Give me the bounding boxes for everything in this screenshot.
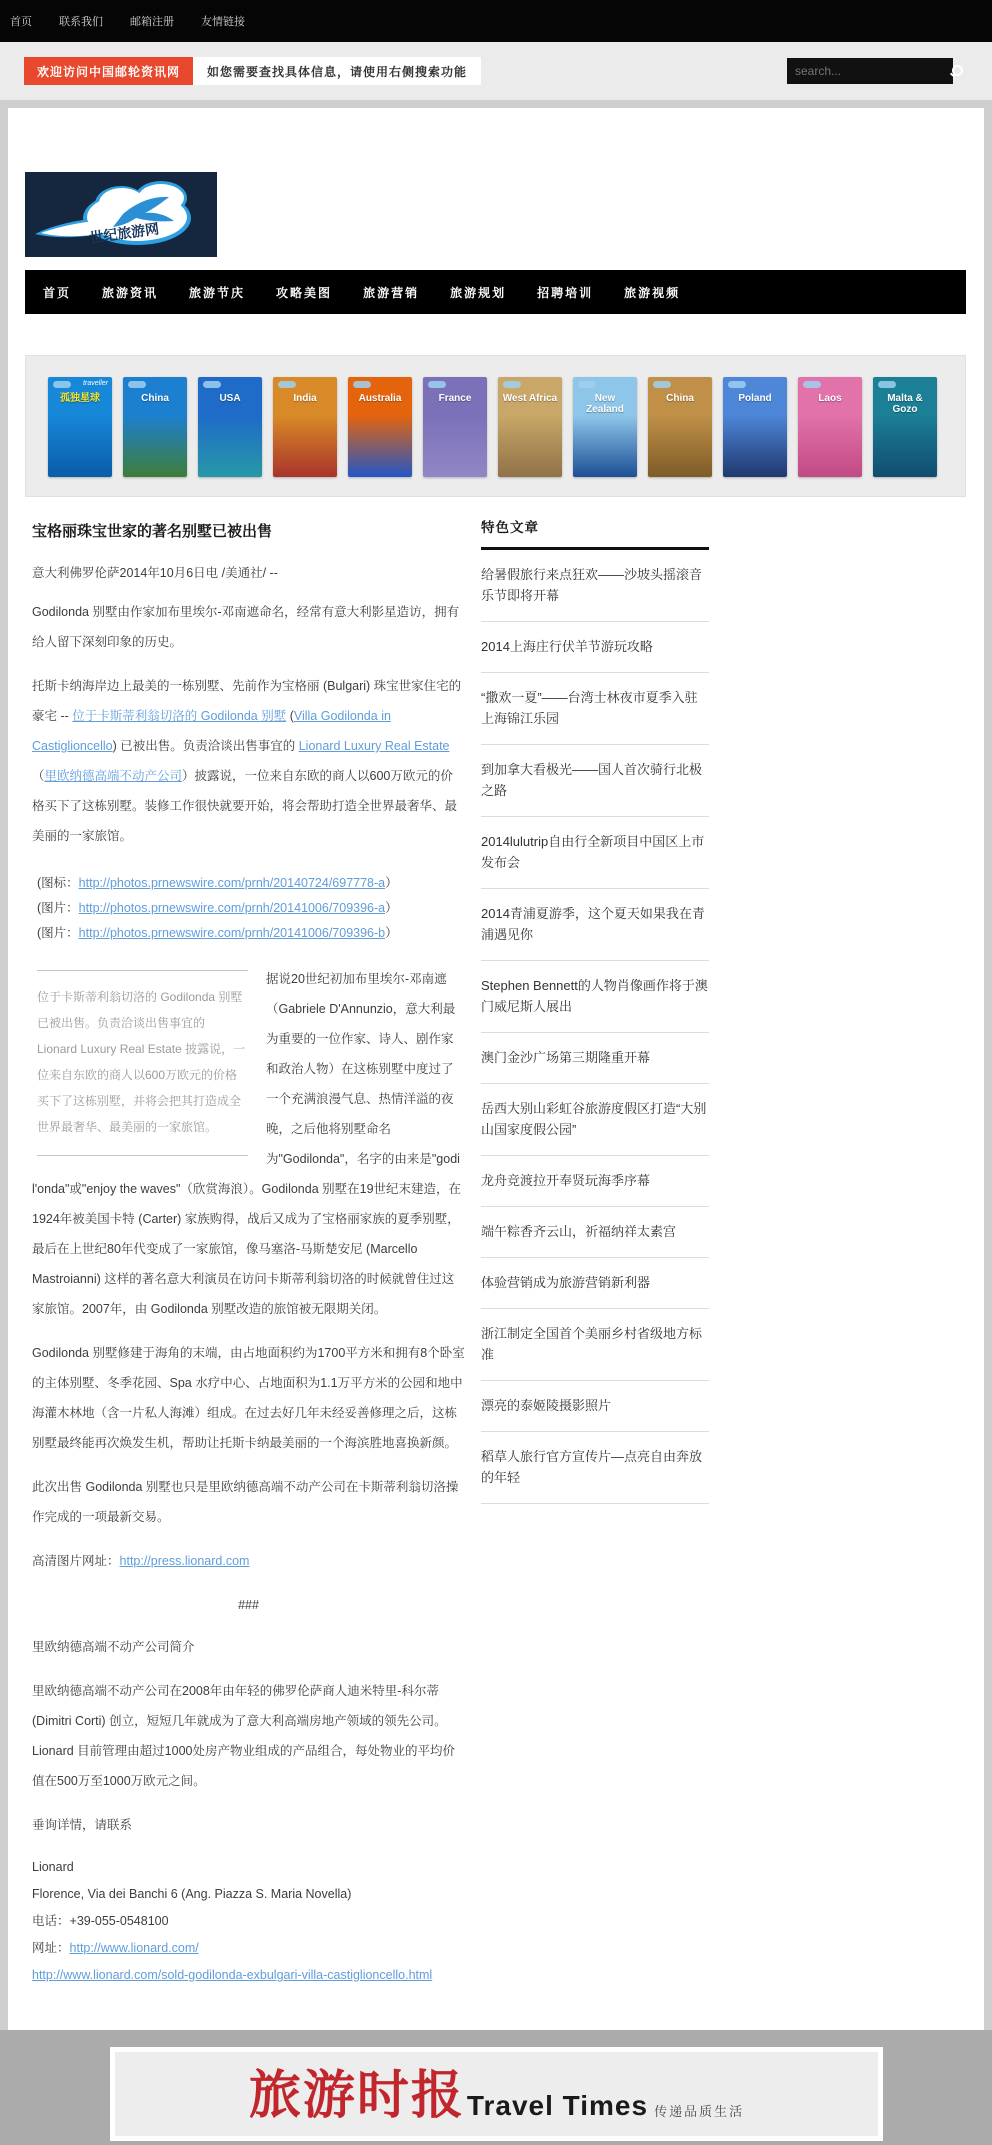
book-cover-lonely-planet-traveller[interactable]: traveller 孤独星球: [48, 377, 112, 477]
article-paragraph: Godilonda 别墅由作家加布里埃尔-邓南遮命名，经常有意大利影星造访，拥有…: [32, 597, 465, 657]
featured-article-item[interactable]: 给暑假旅行来点狂欢——沙坡头摇滚音乐节即将开幕: [481, 550, 709, 622]
featured-articles-list: 给暑假旅行来点狂欢——沙坡头摇滚音乐节即将开幕 2014上海庄行伏羊节游玩攻略 …: [481, 550, 709, 1504]
topbar-link-mail-register[interactable]: 邮箱注册: [130, 13, 174, 29]
topbar-link-friend-links[interactable]: 友情链接: [201, 13, 245, 29]
cover-title: Poland: [723, 393, 787, 404]
cover-title: West Africa: [498, 393, 562, 404]
lionard-link-cn[interactable]: 里欧纳德高端不动产公司: [45, 769, 183, 783]
nav-item-festivals[interactable]: 旅游节庆: [189, 284, 245, 301]
cover-brand-label: traveller: [83, 380, 108, 387]
travel-times-banner-inner: 旅游时报 Travel Times 传递品质生活: [115, 2052, 878, 2136]
book-carousel: traveller 孤独星球 China USA India Australia: [25, 355, 966, 497]
travel-times-logo-cn: 旅游时报: [249, 2070, 465, 2122]
contact-web-line: 网址：http://www.lionard.com/: [32, 1935, 465, 1962]
article: 宝格丽珠宝世家的著名别墅已被出售 意大利佛罗伦萨2014年10月6日电 /美通社…: [32, 520, 465, 2062]
lionard-link-en[interactable]: Lionard Luxury Real Estate: [299, 739, 450, 753]
cover-title: 孤独星球: [48, 393, 112, 404]
cover-title: China: [648, 393, 712, 404]
nav-item-videos[interactable]: 旅游视频: [624, 284, 680, 301]
site-logo-image: 世纪旅游网: [25, 172, 217, 257]
contact-intro: 垂询详情，请联系: [32, 1810, 465, 1840]
book-cover-australia[interactable]: Australia: [348, 377, 412, 477]
article-paragraph: 此次出售 Godilonda 别墅也只是里欧纳德高端不动产公司在卡斯蒂利翁切洛操…: [32, 1472, 465, 1532]
book-cover-usa[interactable]: USA: [198, 377, 262, 477]
featured-article-item[interactable]: 澳门金沙广场第三期隆重开幕: [481, 1033, 709, 1084]
main-nav: 首页 旅游资讯 旅游节庆 攻略美图 旅游营销 旅游规划 招聘培训 旅游视频: [25, 270, 966, 314]
photo-link-suffix: ）: [385, 901, 398, 915]
photo-link-url[interactable]: http://photos.prnewswire.com/prnh/201410…: [79, 901, 385, 915]
photo-links-block: (图标：http://photos.prnewswire.com/prnh/20…: [32, 871, 465, 946]
press-lionard-link[interactable]: http://press.lionard.com: [120, 1554, 250, 1568]
photo-link-suffix: ）: [385, 876, 398, 890]
cover-title: USA: [198, 393, 262, 404]
book-cover-west-africa[interactable]: West Africa: [498, 377, 562, 477]
book-cover-new-zealand[interactable]: New Zealand: [573, 377, 637, 477]
welcome-badge: 欢迎访问中国邮轮资讯网: [24, 57, 193, 85]
phone-label: 电话：: [32, 1914, 70, 1928]
cover-title: Laos: [798, 393, 862, 404]
phone-number: +39-055-0548100: [70, 1914, 169, 1928]
about-section-body: 里欧纳德高端不动产公司在2008年由年轻的佛罗伦萨商人迪米特里-科尔蒂 (Dim…: [32, 1676, 465, 1796]
press-release-separator: ###: [32, 1598, 465, 1612]
featured-article-item[interactable]: 体验营销成为旅游营销新利器: [481, 1258, 709, 1309]
photo-link-prefix: (图标：: [37, 876, 79, 890]
welcome-bar: 欢迎访问中国邮轮资讯网 如您需要查找具体信息，请使用右侧搜索功能: [0, 42, 992, 100]
photo-link-prefix: (图片：: [37, 926, 79, 940]
lonely-planet-logo-icon: [503, 381, 521, 388]
travel-times-logo-en: Travel Times: [467, 2090, 648, 2122]
hd-photos-line: 高清图片网址：http://press.lionard.com: [32, 1546, 465, 1576]
book-cover-laos[interactable]: Laos: [798, 377, 862, 477]
article-title: 宝格丽珠宝世家的著名别墅已被出售: [32, 520, 465, 541]
featured-articles-sidebar: 特色文章 给暑假旅行来点狂欢——沙坡头摇滚音乐节即将开幕 2014上海庄行伏羊节…: [481, 516, 709, 1504]
search-input[interactable]: [795, 64, 950, 78]
villa-godilonda-link-cn[interactable]: 位于卡斯蒂利翁切洛的 Godilonda 别墅: [72, 709, 286, 723]
contact-phone-line: 电话：+39-055-0548100: [32, 1908, 465, 1935]
nav-item-recruiting[interactable]: 招聘培训: [537, 284, 593, 301]
nav-item-marketing[interactable]: 旅游营销: [363, 284, 419, 301]
nav-item-home[interactable]: 首页: [43, 284, 71, 301]
lionard-website-link[interactable]: http://www.lionard.com/: [70, 1941, 199, 1955]
web-label: 网址：: [32, 1941, 70, 1955]
lonely-planet-logo-icon: [428, 381, 446, 388]
lonely-planet-logo-icon: [53, 381, 71, 388]
featured-article-item[interactable]: Stephen Bennett的人物肖像画作将于澳门威尼斯人展出: [481, 961, 709, 1033]
cover-title: France: [423, 393, 487, 404]
cover-title: China: [123, 393, 187, 404]
cover-title: New Zealand: [573, 393, 637, 415]
cover-title: Malta & Gozo: [873, 393, 937, 415]
featured-article-item[interactable]: 岳西大别山彩虹谷旅游度假区打造“大别山国家度假公园”: [481, 1084, 709, 1156]
lonely-planet-logo-icon: [728, 381, 746, 388]
nav-item-travel-news[interactable]: 旅游资讯: [102, 284, 158, 301]
nav-item-guides[interactable]: 攻略美图: [276, 284, 332, 301]
paragraph-text: （: [32, 769, 45, 783]
lonely-planet-logo-icon: [878, 381, 896, 388]
featured-article-item[interactable]: “撒欢一夏”——台湾士林夜市夏季入驻上海锦江乐园: [481, 673, 709, 745]
lonely-planet-logo-icon: [128, 381, 146, 388]
photo-link-suffix: ）: [385, 926, 398, 940]
footer: 旅游时报 Travel Times 传递品质生活: [0, 2030, 992, 2145]
featured-article-item[interactable]: 2014lulutrip自由行全新项目中国区上市发布会: [481, 817, 709, 889]
featured-article-item[interactable]: 浙江制定全国首个美丽乡村省级地方标准: [481, 1309, 709, 1381]
sidebar-title: 特色文章: [481, 516, 709, 550]
lonely-planet-logo-icon: [353, 381, 371, 388]
paragraph-text: (: [286, 709, 294, 723]
topbar-link-contact[interactable]: 联系我们: [59, 13, 103, 29]
photo-link-line: (图片：http://photos.prnewswire.com/prnh/20…: [37, 896, 465, 921]
contact-name: Lionard: [32, 1854, 465, 1881]
paragraph-text: ) 已被出售。负责洽谈出售事宜的: [113, 739, 299, 753]
book-cover-malta-gozo[interactable]: Malta & Gozo: [873, 377, 937, 477]
book-cover-china-2[interactable]: China: [648, 377, 712, 477]
book-cover-poland[interactable]: Poland: [723, 377, 787, 477]
top-utility-bar: 首页 联系我们 邮箱注册 友情链接: [0, 0, 992, 42]
book-cover-china[interactable]: China: [123, 377, 187, 477]
lonely-planet-logo-icon: [203, 381, 221, 388]
content-card: 世纪旅游网 首页 旅游资讯 旅游节庆 攻略美图 旅游营销 旅游规划 招聘培训 旅…: [8, 108, 984, 2030]
travel-times-banner[interactable]: 旅游时报 Travel Times 传递品质生活: [110, 2047, 883, 2141]
lonely-planet-logo-icon: [578, 381, 596, 388]
hd-photos-label: 高清图片网址：: [32, 1554, 120, 1568]
featured-article-item[interactable]: 端午粽香齐云山，祈福纳祥太素宫: [481, 1207, 709, 1258]
pullquote: 位于卡斯蒂利翁切洛的 Godilonda 别墅已被出售。负责洽谈出售事宜的 Li…: [37, 970, 248, 1156]
cover-title: India: [273, 393, 337, 404]
featured-article-item[interactable]: 2014青浦夏游季，这个夏天如果我在青浦遇见你: [481, 889, 709, 961]
photo-link-line: (图标：http://photos.prnewswire.com/prnh/20…: [37, 871, 465, 896]
nav-item-planning[interactable]: 旅游规划: [450, 284, 506, 301]
featured-article-item[interactable]: 到加拿大看极光——国人首次骑行北极之路: [481, 745, 709, 817]
featured-article-item[interactable]: 龙舟竞渡拉开奉贤玩海季序幕: [481, 1156, 709, 1207]
photo-link-prefix: (图片：: [37, 901, 79, 915]
book-covers-row: traveller 孤独星球 China USA India Australia: [48, 377, 937, 477]
about-section-title: 里欧纳德高端不动产公司简介: [32, 1632, 465, 1662]
book-cover-france[interactable]: France: [423, 377, 487, 477]
contact-address: Florence, Via dei Banchi 6 (Ang. Piazza …: [32, 1881, 465, 1908]
cover-title: Australia: [348, 393, 412, 404]
travel-times-tagline: 传递品质生活: [654, 2101, 744, 2120]
article-paragraph: 托斯卡纳海岸边上最美的一栋别墅、先前作为宝格丽 (Bulgari) 珠宝世家住宅…: [32, 671, 465, 851]
photo-link-line: (图片：http://photos.prnewswire.com/prnh/20…: [37, 921, 465, 946]
search-hint-text: 如您需要查找具体信息，请使用右侧搜索功能: [193, 57, 481, 85]
book-cover-india[interactable]: India: [273, 377, 337, 477]
photo-link-url[interactable]: http://photos.prnewswire.com/prnh/201410…: [79, 926, 385, 940]
contact-final-link-line: http://www.lionard.com/sold-godilonda-ex…: [32, 1962, 465, 1989]
article-paragraph: Godilonda 别墅修建于海角的末端，由占地面积约为1700平方米和拥有8个…: [32, 1338, 465, 1458]
featured-article-item[interactable]: 2014上海庄行伏羊节游玩攻略: [481, 622, 709, 673]
lonely-planet-logo-icon: [803, 381, 821, 388]
featured-article-item[interactable]: 漂亮的泰姬陵摄影照片: [481, 1381, 709, 1432]
article-dateline: 意大利佛罗伦萨2014年10月6日电 /美通社/ --: [32, 563, 465, 581]
photo-link-url[interactable]: http://photos.prnewswire.com/prnh/201407…: [79, 876, 385, 890]
featured-article-item[interactable]: 稻草人旅行官方宣传片—点亮自由奔放的年轻: [481, 1432, 709, 1504]
search-box: [787, 58, 953, 84]
lonely-planet-logo-icon: [653, 381, 671, 388]
lonely-planet-logo-icon: [278, 381, 296, 388]
site-logo[interactable]: 世纪旅游网: [25, 172, 217, 257]
sold-villa-page-link[interactable]: http://www.lionard.com/sold-godilonda-ex…: [32, 1968, 432, 1982]
topbar-link-home[interactable]: 首页: [10, 13, 32, 29]
